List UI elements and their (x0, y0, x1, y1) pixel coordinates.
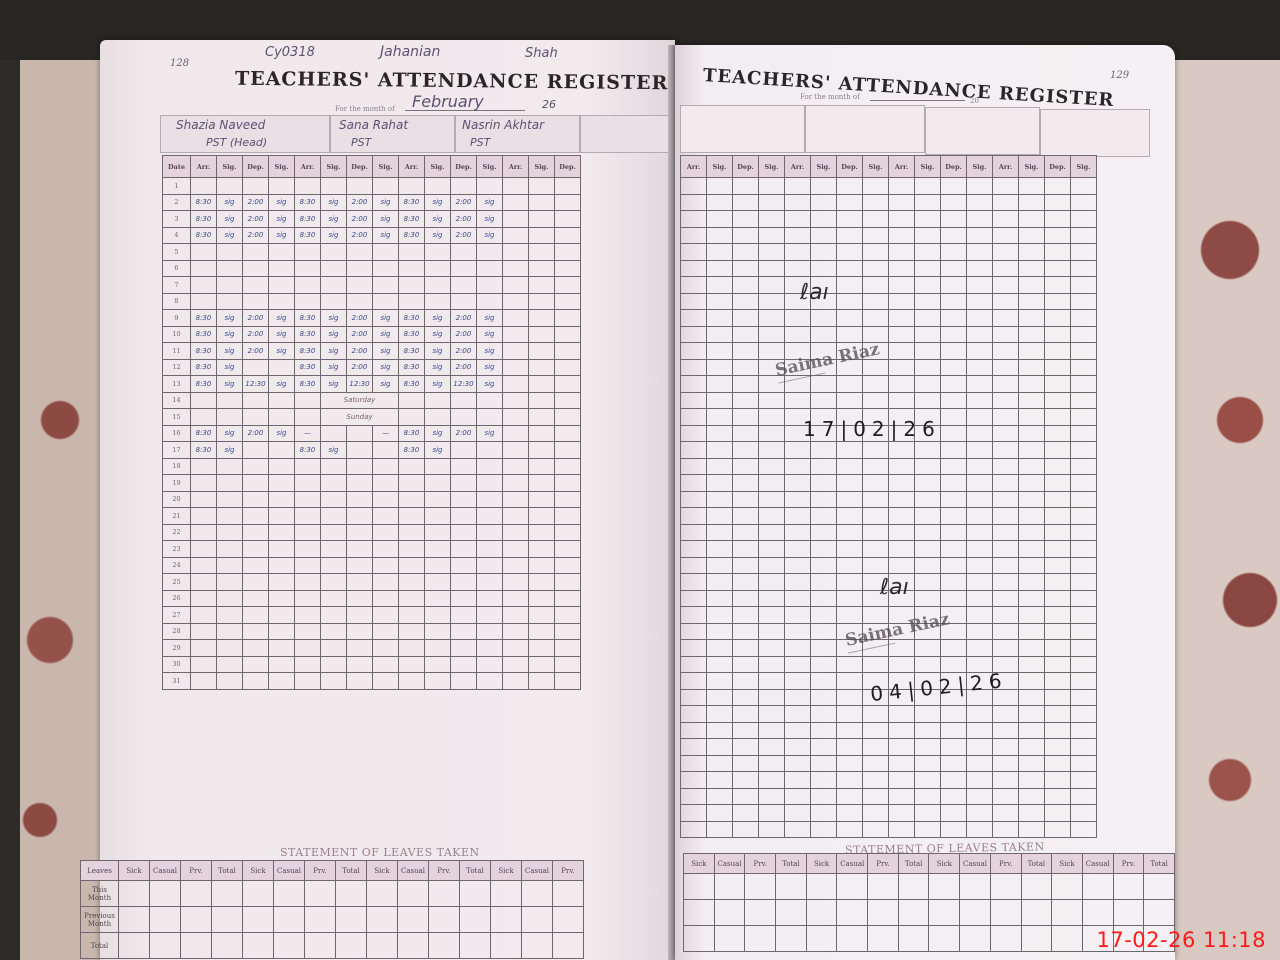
table-row (681, 310, 1097, 327)
leaves-cell (150, 933, 181, 959)
empty-cell (191, 656, 217, 673)
empty-cell (681, 574, 707, 591)
empty-cell (941, 557, 967, 574)
leaves-cell (929, 900, 960, 926)
empty-cell (785, 739, 811, 756)
empty-cell (529, 623, 555, 640)
empty-cell (503, 310, 529, 327)
empty-cell (295, 458, 321, 475)
empty-cell (733, 425, 759, 442)
empty-cell (399, 557, 425, 574)
table-row (681, 524, 1097, 541)
empty-cell (707, 227, 733, 244)
empty-cell (785, 656, 811, 673)
empty-cell (967, 425, 993, 442)
empty-cell (451, 409, 477, 426)
date-cell: 8 (163, 293, 191, 310)
empty-cell (759, 211, 785, 228)
column-header: Date (163, 156, 191, 178)
leaves-column-header: Total (1144, 854, 1175, 874)
empty-cell (1071, 524, 1097, 541)
empty-cell (269, 574, 295, 591)
leaves-cell (181, 933, 212, 959)
attendance-cell: sig (217, 442, 243, 459)
empty-cell (1019, 475, 1045, 492)
attendance-cell: sig (321, 194, 347, 211)
empty-cell (733, 640, 759, 657)
empty-cell (915, 211, 941, 228)
empty-cell (503, 640, 529, 657)
empty-cell (399, 293, 425, 310)
empty-cell (785, 706, 811, 723)
leaves-column-header: Sick (119, 861, 150, 881)
attendance-cell: sig (269, 425, 295, 442)
attendance-cell: — (295, 425, 321, 442)
empty-cell (269, 607, 295, 624)
attendance-cell: 2:00 (347, 211, 373, 228)
empty-cell (837, 805, 863, 822)
leaves-column-header: Casual (1082, 854, 1113, 874)
leaves-table-left: LeavesSickCasualPrv.TotalSickCasualPrv.T… (80, 860, 584, 959)
empty-cell (681, 260, 707, 277)
empty-cell (243, 293, 269, 310)
empty-cell (373, 260, 399, 277)
empty-cell (993, 590, 1019, 607)
empty-cell (217, 607, 243, 624)
attendance-cell: 8:30 (191, 310, 217, 327)
empty-cell (529, 277, 555, 294)
date-cell: 3 (163, 211, 191, 228)
empty-cell (707, 458, 733, 475)
table-row: 22 (163, 524, 581, 541)
leaves-cell (305, 881, 336, 907)
empty-cell (707, 178, 733, 195)
leaves-cell (990, 874, 1021, 900)
leaves-column-header: Casual (522, 861, 553, 881)
empty-cell (785, 755, 811, 772)
empty-cell (1045, 541, 1071, 558)
empty-cell (477, 574, 503, 591)
column-header: Sig. (529, 156, 555, 178)
table-row (681, 376, 1097, 393)
leaves-cell (714, 874, 745, 900)
empty-cell (759, 722, 785, 739)
empty-cell (837, 689, 863, 706)
empty-cell (1019, 178, 1045, 195)
empty-cell (707, 244, 733, 261)
empty-cell (837, 293, 863, 310)
empty-cell (347, 541, 373, 558)
empty-cell (941, 178, 967, 195)
empty-cell (863, 244, 889, 261)
empty-cell (785, 244, 811, 261)
empty-cell (941, 821, 967, 838)
empty-cell (529, 458, 555, 475)
attendance-cell: 2:00 (451, 194, 477, 211)
leaves-cell (929, 926, 960, 952)
empty-cell (993, 772, 1019, 789)
empty-cell (243, 640, 269, 657)
attendance-cell: 2:00 (243, 425, 269, 442)
empty-cell (785, 392, 811, 409)
empty-cell (425, 508, 451, 525)
empty-cell (733, 574, 759, 591)
empty-cell (477, 392, 503, 409)
attendance-cell: 8:30 (191, 343, 217, 360)
empty-cell (915, 326, 941, 343)
empty-cell (915, 640, 941, 657)
empty-cell (915, 755, 941, 772)
empty-cell (217, 574, 243, 591)
empty-cell (399, 640, 425, 657)
leaves-cell (274, 907, 305, 933)
table-row (681, 788, 1097, 805)
empty-cell (941, 343, 967, 360)
empty-cell (1071, 673, 1097, 690)
empty-cell (425, 590, 451, 607)
attendance-cell: sig (269, 326, 295, 343)
empty-cell (915, 244, 941, 261)
attendance-cell: 12:30 (243, 376, 269, 393)
empty-cell (243, 590, 269, 607)
empty-cell (733, 524, 759, 541)
empty-cell (529, 194, 555, 211)
empty-cell (243, 244, 269, 261)
teacher-2-name: Sana Rahat (339, 118, 408, 132)
leaves-cell (491, 907, 522, 933)
empty-cell (811, 706, 837, 723)
leaves-cell (745, 900, 776, 926)
empty-cell (733, 244, 759, 261)
attendance-cell: sig (477, 194, 503, 211)
leaves-cell (1082, 900, 1113, 926)
empty-cell (295, 293, 321, 310)
empty-cell (243, 178, 269, 195)
leaves-column-header: Prv. (305, 861, 336, 881)
empty-cell (785, 541, 811, 558)
empty-cell (889, 326, 915, 343)
header-school: Jahanian (380, 44, 440, 60)
empty-cell (269, 541, 295, 558)
empty-cell (993, 211, 1019, 228)
leaves-cell (806, 926, 837, 952)
attendance-cell: 8:30 (295, 359, 321, 376)
column-header: Dep. (1045, 156, 1071, 178)
empty-cell (915, 788, 941, 805)
column-header: Dep. (243, 156, 269, 178)
leaves-cell (898, 926, 929, 952)
leaves-cell (243, 907, 274, 933)
empty-cell (347, 656, 373, 673)
empty-cell (941, 788, 967, 805)
attendance-cell: 12:30 (347, 376, 373, 393)
empty-cell (1071, 739, 1097, 756)
table-row: 8 (163, 293, 581, 310)
empty-cell (1019, 277, 1045, 294)
empty-cell (889, 772, 915, 789)
empty-cell (477, 178, 503, 195)
empty-cell (681, 755, 707, 772)
attendance-cell: 8:30 (295, 442, 321, 459)
attendance-cell: 8:30 (191, 442, 217, 459)
empty-cell (993, 277, 1019, 294)
empty-cell (733, 392, 759, 409)
empty-cell (941, 590, 967, 607)
empty-cell (993, 178, 1019, 195)
empty-cell (243, 557, 269, 574)
empty-cell (811, 557, 837, 574)
empty-cell (1071, 244, 1097, 261)
empty-cell (217, 623, 243, 640)
empty-cell (529, 656, 555, 673)
empty-cell (681, 541, 707, 558)
empty-cell (555, 260, 581, 277)
attendance-cell: 12:30 (451, 376, 477, 393)
empty-cell (321, 623, 347, 640)
empty-cell (347, 524, 373, 541)
empty-cell (941, 458, 967, 475)
empty-cell (1019, 524, 1045, 541)
table-row: 19 (163, 475, 581, 492)
attendance-cell: — (373, 425, 399, 442)
column-header: Sig. (321, 156, 347, 178)
empty-cell (477, 673, 503, 690)
empty-cell (347, 178, 373, 195)
empty-cell (707, 673, 733, 690)
empty-cell (967, 722, 993, 739)
date-cell: 6 (163, 260, 191, 277)
leaves-cell (1113, 900, 1144, 926)
attendance-cell: sig (321, 376, 347, 393)
empty-cell (915, 227, 941, 244)
attendance-cell: 8:30 (399, 425, 425, 442)
leaves-row: Total (81, 933, 584, 959)
empty-cell (503, 392, 529, 409)
header-school-2: Shah (525, 46, 558, 61)
empty-cell (1071, 425, 1097, 442)
empty-cell (503, 524, 529, 541)
column-header: Arr. (993, 156, 1019, 178)
empty-cell (555, 590, 581, 607)
empty-cell (993, 722, 1019, 739)
empty-cell (759, 788, 785, 805)
empty-cell (889, 194, 915, 211)
date-cell: 4 (163, 227, 191, 244)
empty-cell (759, 244, 785, 261)
column-header: Sig. (269, 156, 295, 178)
attendance-cell: sig (217, 310, 243, 327)
empty-cell (863, 293, 889, 310)
leaves-row (684, 900, 1175, 926)
empty-cell (373, 640, 399, 657)
empty-cell (1045, 491, 1071, 508)
empty-cell (863, 392, 889, 409)
empty-cell (503, 574, 529, 591)
empty-cell (785, 491, 811, 508)
leaves-cell (119, 907, 150, 933)
date-cell: 29 (163, 640, 191, 657)
date-cell: 7 (163, 277, 191, 294)
empty-cell (269, 524, 295, 541)
empty-cell (785, 310, 811, 327)
empty-cell (321, 277, 347, 294)
empty-cell (1019, 772, 1045, 789)
empty-cell (1071, 574, 1097, 591)
empty-cell (915, 376, 941, 393)
empty-cell (993, 260, 1019, 277)
attendance-cell: sig (425, 194, 451, 211)
empty-cell (529, 491, 555, 508)
empty-cell (555, 409, 581, 426)
empty-cell (1071, 557, 1097, 574)
table-row: 27 (163, 607, 581, 624)
table-row: 23 (163, 541, 581, 558)
empty-cell (477, 541, 503, 558)
empty-cell (993, 508, 1019, 525)
empty-cell (681, 739, 707, 756)
empty-cell (347, 673, 373, 690)
empty-cell (889, 805, 915, 822)
empty-cell (707, 656, 733, 673)
column-header: Sig. (707, 156, 733, 178)
empty-cell (681, 359, 707, 376)
attendance-cell: sig (373, 376, 399, 393)
empty-cell (759, 673, 785, 690)
empty-cell (889, 508, 915, 525)
empty-cell (863, 656, 889, 673)
empty-cell (967, 458, 993, 475)
empty-cell (681, 673, 707, 690)
column-header: Arr. (399, 156, 425, 178)
empty-cell (269, 656, 295, 673)
empty-cell (529, 293, 555, 310)
attendance-cell: sig (321, 442, 347, 459)
empty-cell (269, 508, 295, 525)
empty-cell (941, 541, 967, 558)
empty-cell (347, 574, 373, 591)
empty-cell (785, 805, 811, 822)
empty-cell (1071, 260, 1097, 277)
leaves-cell (868, 926, 899, 952)
table-row: 25 (163, 574, 581, 591)
empty-cell (707, 310, 733, 327)
empty-cell (1019, 788, 1045, 805)
empty-cell (681, 244, 707, 261)
attendance-cell: 8:30 (399, 194, 425, 211)
empty-cell (915, 178, 941, 195)
empty-cell (889, 706, 915, 723)
date-cell: 5 (163, 244, 191, 261)
empty-cell (1071, 607, 1097, 624)
leaves-cell (929, 874, 960, 900)
empty-cell (967, 178, 993, 195)
empty-cell (863, 821, 889, 838)
date-cell: 22 (163, 524, 191, 541)
empty-cell (555, 392, 581, 409)
empty-cell (1045, 524, 1071, 541)
empty-cell (941, 227, 967, 244)
empty-cell (269, 244, 295, 261)
table-row (681, 739, 1097, 756)
empty-cell (373, 178, 399, 195)
empty-cell (529, 376, 555, 393)
attendance-cell: 8:30 (295, 376, 321, 393)
empty-cell (1071, 590, 1097, 607)
empty-cell (217, 475, 243, 492)
attendance-cell: 8:30 (295, 227, 321, 244)
empty-cell (1019, 409, 1045, 426)
attendance-cell: sig (269, 310, 295, 327)
empty-cell (425, 541, 451, 558)
leaves-column-header: Prv. (990, 854, 1021, 874)
empty-cell (785, 260, 811, 277)
empty-cell (555, 359, 581, 376)
year-label-right: 20 (970, 97, 979, 105)
empty-cell (967, 590, 993, 607)
empty-cell (1019, 590, 1045, 607)
empty-cell (425, 277, 451, 294)
teacher-box-r1 (680, 105, 805, 153)
empty-cell (477, 557, 503, 574)
empty-cell (785, 722, 811, 739)
empty-cell (811, 722, 837, 739)
attendance-cell: 2:00 (451, 326, 477, 343)
empty-cell (477, 623, 503, 640)
leaves-cell (336, 933, 367, 959)
leaves-cell (868, 874, 899, 900)
empty-cell (529, 442, 555, 459)
column-header: Sig. (1019, 156, 1045, 178)
empty-cell (733, 755, 759, 772)
empty-cell (529, 409, 555, 426)
empty-cell (993, 425, 1019, 442)
empty-cell (785, 227, 811, 244)
empty-cell (941, 376, 967, 393)
empty-cell (217, 508, 243, 525)
empty-cell (967, 508, 993, 525)
empty-cell (1019, 623, 1045, 640)
empty-cell (1045, 458, 1071, 475)
empty-cell (1071, 491, 1097, 508)
attendance-cell: sig (425, 442, 451, 459)
empty-cell (555, 442, 581, 459)
empty-cell (425, 293, 451, 310)
leaves-row (684, 874, 1175, 900)
empty-cell (941, 755, 967, 772)
attendance-cell: 8:30 (295, 326, 321, 343)
empty-cell (759, 425, 785, 442)
empty-cell (733, 557, 759, 574)
empty-cell (555, 508, 581, 525)
leaves-column-header: Casual (837, 854, 868, 874)
empty-cell (733, 293, 759, 310)
empty-cell (503, 359, 529, 376)
table-row: 31 (163, 673, 581, 690)
empty-cell (503, 656, 529, 673)
empty-cell (1045, 722, 1071, 739)
empty-cell (889, 310, 915, 327)
empty-cell (941, 260, 967, 277)
empty-cell (915, 343, 941, 360)
empty-cell (759, 293, 785, 310)
empty-cell (733, 359, 759, 376)
empty-cell (837, 755, 863, 772)
attendance-cell (347, 442, 373, 459)
attendance-cell: 2:00 (243, 326, 269, 343)
empty-cell (837, 722, 863, 739)
attendance-cell: 2:00 (451, 425, 477, 442)
column-header: Arr. (681, 156, 707, 178)
